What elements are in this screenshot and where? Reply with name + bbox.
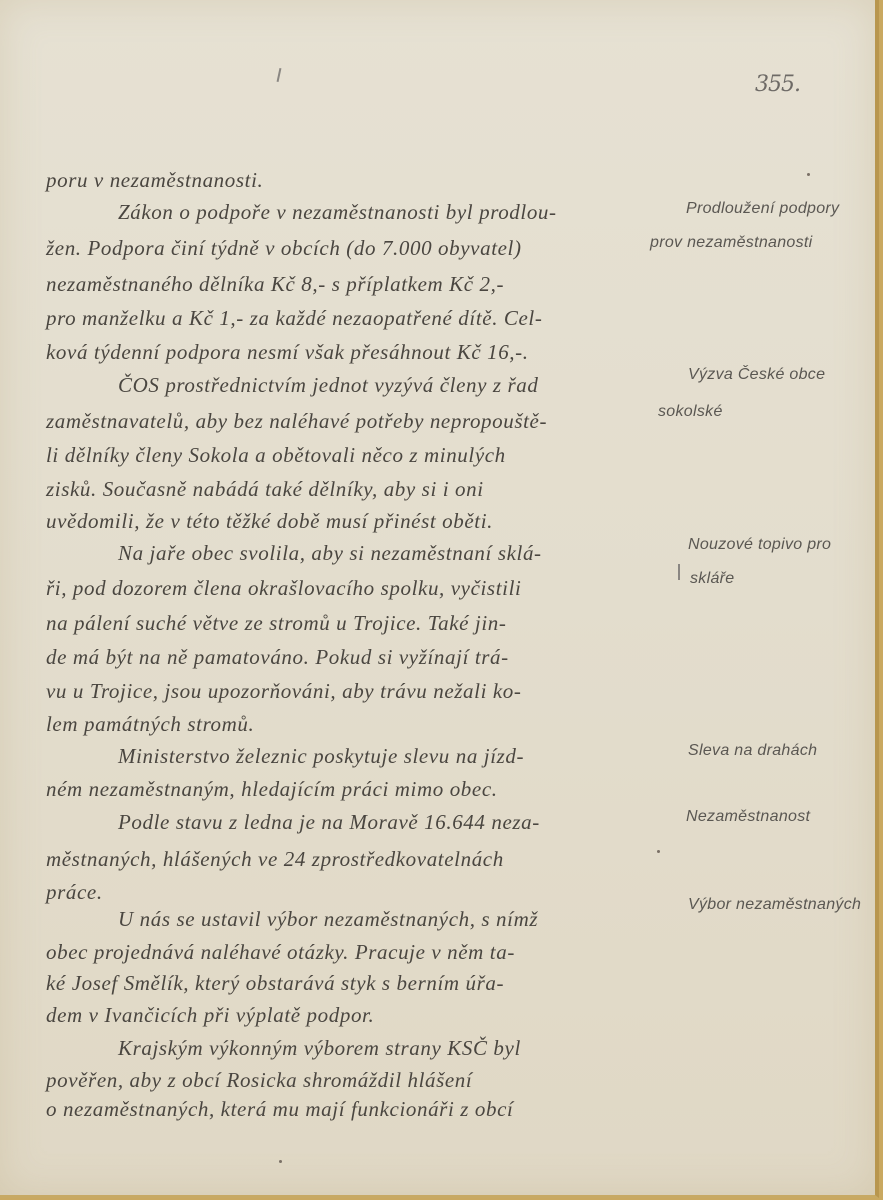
margin-separator-mark bbox=[678, 564, 680, 580]
paper-speck bbox=[657, 850, 660, 853]
text-line: vu u Trojice, jsou upozorňováni, aby trá… bbox=[46, 679, 521, 709]
margin-note: Prodloužení podpory bbox=[686, 200, 839, 226]
text-line: žen. Podpora činí týdně v obcích (do 7.0… bbox=[46, 236, 522, 266]
margin-note: Nouzové topivo pro bbox=[688, 536, 831, 562]
margin-note: Sleva na drahách bbox=[688, 742, 817, 768]
text-line: de má být na ně pamatováno. Pokud si vyž… bbox=[46, 645, 509, 675]
paper-speck bbox=[279, 1160, 282, 1163]
text-line: ném nezaměstnaným, hledajícím práci mimo… bbox=[46, 777, 498, 807]
text-line: městnaných, hlášených ve 24 zprostředkov… bbox=[46, 847, 504, 877]
margin-note: skláře bbox=[690, 570, 734, 596]
text-line: Zákon o podpoře v nezaměstnanosti byl pr… bbox=[118, 200, 557, 230]
text-line: poru v nezaměstnanosti. bbox=[46, 168, 263, 198]
paper-speck bbox=[807, 173, 810, 176]
manuscript-page: 355. poru v nezaměstnanosti.Zákon o podp… bbox=[0, 0, 879, 1198]
margin-note: sokolské bbox=[658, 403, 723, 429]
text-line: pro manželku a Kč 1,- za každé nezaopatř… bbox=[46, 306, 542, 336]
text-line: na pálení suché větve ze stromů u Trojic… bbox=[46, 611, 506, 641]
margin-note: Výzva České obce bbox=[688, 366, 825, 392]
text-line: Podle stavu z ledna je na Moravě 16.644 … bbox=[118, 810, 540, 840]
pencil-mark bbox=[277, 68, 282, 82]
margin-note: Výbor nezaměstnaných bbox=[688, 896, 861, 922]
text-line: uvědomili, že v této těžké době musí při… bbox=[46, 509, 493, 539]
text-line: ková týdenní podpora nesmí však přesáhno… bbox=[46, 340, 529, 370]
text-line: lem památných stromů. bbox=[46, 712, 254, 742]
text-line: Na jaře obec svolila, aby si nezaměstnan… bbox=[118, 541, 542, 571]
text-line: pověřen, aby z obcí Rosicka shromáždil h… bbox=[46, 1068, 472, 1098]
text-line: obec projednává naléhavé otázky. Pracuje… bbox=[46, 940, 515, 970]
text-line: U nás se ustavil výbor nezaměstnaných, s… bbox=[118, 907, 538, 937]
text-line: zisků. Současně nabádá také dělníky, aby… bbox=[46, 477, 484, 507]
text-line: o nezaměstnaných, která mu mají funkcion… bbox=[46, 1097, 513, 1127]
margin-note: Nezaměstnanost bbox=[686, 808, 810, 834]
text-line: zaměstnavatelů, aby bez naléhavé potřeby… bbox=[46, 409, 547, 439]
text-line: nezaměstnaného dělníka Kč 8,- s příplatk… bbox=[46, 272, 504, 302]
text-line: Krajským výkonným výborem strany KSČ byl bbox=[118, 1036, 521, 1066]
text-line: dem v Ivančicích při výplatě podpor. bbox=[46, 1003, 374, 1033]
text-line: li dělníky členy Sokola a obětovali něco… bbox=[46, 443, 506, 473]
text-line: ři, pod dozorem člena okrašlovacího spol… bbox=[46, 576, 521, 606]
margin-note: prov nezaměstnanosti bbox=[650, 234, 813, 260]
page-number: 355. bbox=[755, 72, 800, 97]
text-line: ČOS prostřednictvím jednot vyzývá členy … bbox=[118, 373, 538, 403]
text-line: Ministerstvo železnic poskytuje slevu na… bbox=[118, 744, 524, 774]
text-line: práce. bbox=[46, 880, 103, 910]
text-line: ké Josef Smělík, který obstarává styk s … bbox=[46, 971, 504, 1001]
